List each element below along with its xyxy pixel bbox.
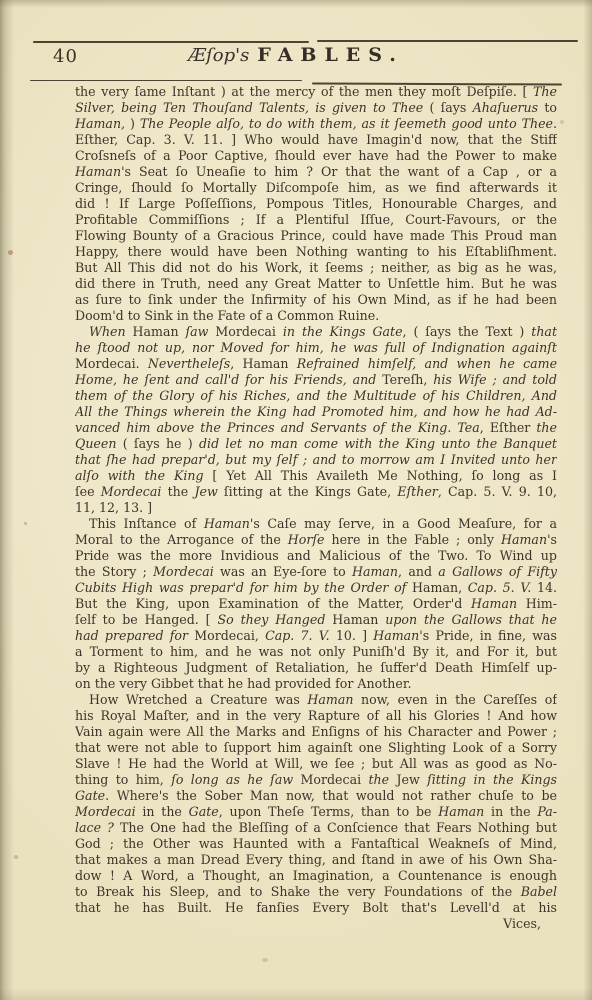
roman-text: to Break his Sleep, and to Shake the ver… [75, 884, 521, 899]
roman-text: . Where's the Sober Man now, that would … [105, 788, 557, 803]
italic-text: So they Hanged [217, 612, 325, 627]
roman-text: Mordecai [293, 772, 368, 787]
roman-text: that were not able to ſupport him againſ… [75, 740, 557, 755]
roman-text: , and [398, 564, 438, 579]
text-line: the Story ; Mordecai was an Eye-ſore to … [75, 564, 557, 580]
text-line: This Inſtance of Haman's Caſe may ſerve,… [75, 516, 557, 532]
text-line: Pride was the more Invidious and Malicio… [75, 548, 557, 564]
italic-text: that [531, 324, 557, 339]
roman-text: Vain again were All the Marks and Enſign… [75, 724, 557, 739]
text-line: Mordecai. Nevertheleſs, Haman Refrained … [75, 356, 557, 372]
roman-text: Doom'd to Sink in the Fate of a Common R… [75, 308, 379, 323]
text-line: did ! If Large Poſſeſſions, Pompous Titl… [75, 196, 557, 212]
paper-speck [262, 958, 268, 962]
roman-text: ( ſays he ) [116, 436, 199, 451]
italic-text: Gate [189, 804, 219, 819]
roman-text: in the [136, 804, 189, 819]
text-line: Cubits High was prepar'd for him by the … [75, 580, 557, 596]
italic-text: Cap. 7. V. [265, 628, 330, 643]
roman-text: Flowing Bounty of a Gracious Prince, cou… [75, 228, 557, 243]
page-body: the very ſame Inſtant ) at the mercy of … [75, 84, 557, 932]
text-line: that ſhe had prepar'd, but my ſelf ; and… [75, 452, 557, 468]
text-line: Queen ( ſays he ) did let no man come wi… [75, 436, 557, 452]
text-line: to Break his Sleep, and to Shake the ver… [75, 884, 557, 900]
italic-text: Pa- [537, 804, 557, 819]
text-line: dow ! A Word, a Thought, an Imagination,… [75, 868, 557, 884]
text-line: God ; the Other was Haunted with a Fanta… [75, 836, 557, 852]
paper-speck [560, 120, 564, 124]
paper-speck [24, 522, 27, 525]
italic-text: Eſther [397, 484, 438, 499]
roman-text: This Inſtance of [89, 516, 204, 531]
roman-text: How Wretched a Creature was [89, 692, 307, 707]
italic-text: did let no man come with the King unto t… [199, 436, 557, 451]
italic-text: ſaw [186, 324, 209, 339]
text-line: Haman's Seat ſo Uneaſie to him ? Or that… [75, 164, 557, 180]
roman-text: Mordecai [208, 324, 282, 339]
text-line: Silver, being Ten Thouſand Talents, is g… [75, 100, 557, 116]
roman-text: , Haman [230, 356, 297, 371]
roman-text: Tereſh, [376, 372, 433, 387]
roman-text: the [161, 484, 194, 499]
text-line: by a Righteous Judgment of Retaliation, … [75, 660, 557, 676]
running-title: Æſop'sFABLES. [0, 44, 592, 66]
roman-text: Mordecai, [188, 628, 265, 643]
running-title-caps: FABLES. [257, 44, 404, 66]
italic-text: Nevertheleſs [148, 356, 230, 371]
italic-text: in the Kings Gate [283, 324, 403, 339]
italic-text: ſitting in the Kings [427, 772, 557, 787]
roman-text: Haman [325, 612, 385, 627]
roman-text: Vices, [503, 916, 541, 931]
roman-text: Croſsneſs of a Poor Captive, ſhould ever… [75, 148, 557, 163]
text-line: Happy, there would have been Nothing wan… [75, 244, 557, 260]
text-line: Slave ! He had the World at Will, we ſee… [75, 756, 557, 772]
italic-text: he ſtood not up, nor Moved for him, he w… [75, 340, 557, 355]
roman-text: a Torment to him, and he was not only Pu… [75, 644, 557, 659]
roman-text: the very ſame Inſtant ) at the mercy of … [75, 84, 533, 99]
italic-text: Gate [75, 788, 105, 803]
roman-text: that he has Built. He fanſies Every Bolt… [75, 900, 557, 915]
italic-text: Home, he ſent and call'd for his Friends… [75, 372, 376, 387]
text-line: Cringe, ſhould ſo Mortally Diſcompoſe hi… [75, 180, 557, 196]
italic-text: a Gallows of Fifty [438, 564, 557, 579]
text-line: he ſtood not up, nor Moved for him, he w… [75, 340, 557, 356]
roman-text: ) [125, 116, 140, 131]
roman-text: Mordecai. [75, 356, 148, 371]
text-line: his Royal Maſter, and in the very Raptur… [75, 708, 557, 724]
italic-text: Mordecai [75, 804, 136, 819]
italic-text: Babel [521, 884, 557, 899]
text-line: Gate. Where's the Sober Man now, that wo… [75, 788, 557, 804]
text-line: ſee Mordecai the Jew ſitting at the King… [75, 484, 557, 500]
roman-text: , upon Theſe Terms, than to be [219, 804, 438, 819]
italic-text: Haman [373, 628, 419, 643]
roman-text: 's Pride, in fine, was [419, 628, 557, 643]
roman-text: thing to him, [75, 772, 171, 787]
roman-text: 10. ] [330, 628, 374, 643]
roman-text: 's Caſe may ſerve, in a Good Meaſure, fo… [250, 516, 557, 531]
italic-text: the [368, 772, 389, 787]
italic-text: that ſhe had prepar'd, but my ſelf ; and… [75, 452, 557, 467]
roman-text: did ! If Large Poſſeſſions, Pompous Titl… [75, 196, 557, 211]
italic-text: Haman [501, 532, 547, 547]
roman-text: ( ſays [423, 100, 472, 115]
italic-text: Refrained himſelf, and when he came [297, 356, 557, 371]
text-line: But All This did not do his Work, it ſee… [75, 260, 557, 276]
text-line: When Haman ſaw Mordecai in the Kings Gat… [75, 324, 557, 340]
roman-text: Cringe, ſhould ſo Mortally Diſcompoſe hi… [75, 180, 557, 195]
roman-text: 14. [531, 580, 557, 595]
italic-text: Cap. 5. V. [468, 580, 531, 595]
italic-text: alſo with the King [75, 468, 204, 483]
roman-text: 's Seat ſo Uneaſie to him ? Or that the … [121, 164, 557, 179]
italic-text: the [536, 420, 557, 435]
roman-text: in the [484, 804, 537, 819]
italic-text: Jew [194, 484, 217, 499]
book-page-scan: 40 Æſop'sFABLES. the very ſame Inſtant )… [0, 0, 592, 1000]
italic-text: Haman [438, 804, 484, 819]
italic-text: upon the Gallows that he [385, 612, 557, 627]
roman-text: to [538, 100, 557, 115]
italic-text: Silver, being Ten Thouſand Talents, is g… [75, 100, 423, 115]
text-line: did there in Truth, need any Great Matte… [75, 276, 557, 292]
italic-text: All the Things wherein the King had Prom… [75, 404, 557, 419]
text-line: lace ? The One had the Bleſſing of a Con… [75, 820, 557, 836]
italic-text: Mordecai [101, 484, 162, 499]
roman-text: But the King, upon Examination of the Ma… [75, 596, 471, 611]
roman-text: Haman [126, 324, 186, 339]
text-line: Doom'd to Sink in the Fate of a Common R… [75, 308, 557, 324]
italic-text: Horſe [288, 532, 325, 547]
text-line: had prepared for Mordecai, Cap. 7. V. 10… [75, 628, 557, 644]
text-line: that makes a man Dread Every thing, and … [75, 852, 557, 868]
header-rule-top-left [33, 41, 309, 43]
roman-text: Happy, there would have been Nothing wan… [75, 244, 557, 259]
roman-text: Profitable Commiſſions ; If a Plentiful … [75, 212, 557, 227]
roman-text: dow ! A Word, a Thought, an Imagination,… [75, 868, 557, 883]
text-line: Profitable Commiſſions ; If a Plentiful … [75, 212, 557, 228]
text-line: as ſure to ſink under the Infirmity of h… [75, 292, 557, 308]
italic-text: had prepared for [75, 628, 188, 643]
text-line: a Torment to him, and he was not only Pu… [75, 644, 557, 660]
roman-text: was an Eye-ſore to [214, 564, 352, 579]
italic-text: The [533, 84, 557, 99]
text-line: that were not able to ſupport him againſ… [75, 740, 557, 756]
italic-text: Haman [307, 692, 353, 707]
text-line: them of the Glory of his Riches, and the… [75, 388, 557, 404]
paper-speck [14, 855, 18, 859]
text-line: ſelf to be Hanged. [ So they Hanged Hama… [75, 612, 557, 628]
italic-text: When [89, 324, 126, 339]
header-rule-bottom-left [30, 80, 302, 81]
roman-text: , ( ſays the Text ) [403, 324, 532, 339]
italic-text: Haman [471, 596, 517, 611]
text-line: Flowing Bounty of a Gracious Prince, cou… [75, 228, 557, 244]
header-rule-top-right [317, 40, 578, 42]
roman-text: as ſure to ſink under the Infirmity of h… [75, 292, 557, 307]
roman-text: Slave ! He had the World at Will, we ſee… [75, 756, 557, 771]
roman-text: his Royal Maſter, and in the very Raptur… [75, 708, 557, 723]
roman-text: now, even in the Careſſes of [353, 692, 557, 707]
roman-text: Him- [517, 596, 557, 611]
roman-text: , Cap. 5. V. 9. 10, [438, 484, 557, 499]
text-line: vanced him above the Princes and Servant… [75, 420, 557, 436]
italic-text: Ahaſuerus [473, 100, 539, 115]
text-line: But the King, upon Examination of the Ma… [75, 596, 557, 612]
roman-text: 11, 12, 13. ] [75, 500, 152, 515]
text-line: 11, 12, 13. ] [75, 500, 557, 516]
text-line: Haman, ) The People alſo, to do with the… [75, 116, 557, 132]
italic-text: Mordecai [153, 564, 214, 579]
roman-text: The One had the Bleſſing of a Conſcience… [114, 820, 557, 835]
roman-text: Jew [389, 772, 427, 787]
italic-text: his Wife ; and told [433, 372, 557, 387]
italic-text: lace ? [75, 820, 114, 835]
italic-text: Cubits High was prepar'd for him by the … [75, 580, 406, 595]
italic-text: ſo long as he ſaw [171, 772, 293, 787]
roman-text: Eſther, Cap. 3. V. 11. ] Who would have … [75, 132, 557, 147]
italic-text: Haman [352, 564, 398, 579]
text-line: Mordecai in the Gate, upon Theſe Terms, … [75, 804, 557, 820]
roman-text: did there in Truth, need any Great Matte… [75, 276, 557, 291]
text-line: Croſsneſs of a Poor Captive, ſhould ever… [75, 148, 557, 164]
roman-text: Haman, [406, 580, 467, 595]
running-title-script: Æſop's [188, 45, 249, 66]
roman-text: the Story ; [75, 564, 153, 579]
roman-text: on the very Gibbet that he had provided … [75, 676, 411, 691]
roman-text: Pride was the more Invidious and Malicio… [75, 548, 557, 563]
catchword: Vices, [75, 916, 557, 932]
text-line: thing to him, ſo long as he ſaw Mordecai… [75, 772, 557, 788]
text-line: All the Things wherein the King had Prom… [75, 404, 557, 420]
text-line: Moral to the Arrogance of the Horſe here… [75, 532, 557, 548]
italic-text: Haman [204, 516, 250, 531]
text-line: How Wretched a Creature was Haman now, e… [75, 692, 557, 708]
roman-text: that makes a man Dread Every thing, and … [75, 852, 557, 867]
roman-text: 's [547, 532, 557, 547]
text-line: the very ſame Inſtant ) at the mercy of … [75, 84, 557, 100]
text-line: alſo with the King [ Yet All This Availe… [75, 468, 557, 484]
italic-text: The People alſo, to do with them, as it … [140, 116, 557, 131]
italic-text: Haman, [75, 116, 125, 131]
paper-speck [8, 250, 13, 255]
italic-text: vanced him above the Princes and Servant… [75, 420, 480, 435]
italic-text: Queen [75, 436, 116, 451]
roman-text: God ; the Other was Haunted with a Fanta… [75, 836, 557, 851]
roman-text: here in the Fable ; only [325, 532, 502, 547]
roman-text: [ Yet All This Availeth Me Nothing, ſo l… [204, 468, 557, 483]
text-line: on the very Gibbet that he had provided … [75, 676, 557, 692]
text-line: Home, he ſent and call'd for his Friends… [75, 372, 557, 388]
roman-text: But All This did not do his Work, it ſee… [75, 260, 557, 275]
text-line: Vain again were All the Marks and Enſign… [75, 724, 557, 740]
text-line: Eſther, Cap. 3. V. 11. ] Who would have … [75, 132, 557, 148]
roman-text: , Eſther [480, 420, 537, 435]
roman-text: ſee [75, 484, 101, 499]
text-line: that he has Built. He fanſies Every Bolt… [75, 900, 557, 916]
italic-text: Haman [75, 164, 121, 179]
roman-text: ſitting at the Kings Gate, [218, 484, 398, 499]
roman-text: Moral to the Arrogance of the [75, 532, 288, 547]
italic-text: them of the Glory of his Riches, and the… [75, 388, 557, 403]
roman-text: ſelf to be Hanged. [ [75, 612, 217, 627]
roman-text: by a Righteous Judgment of Retaliation, … [75, 660, 557, 675]
